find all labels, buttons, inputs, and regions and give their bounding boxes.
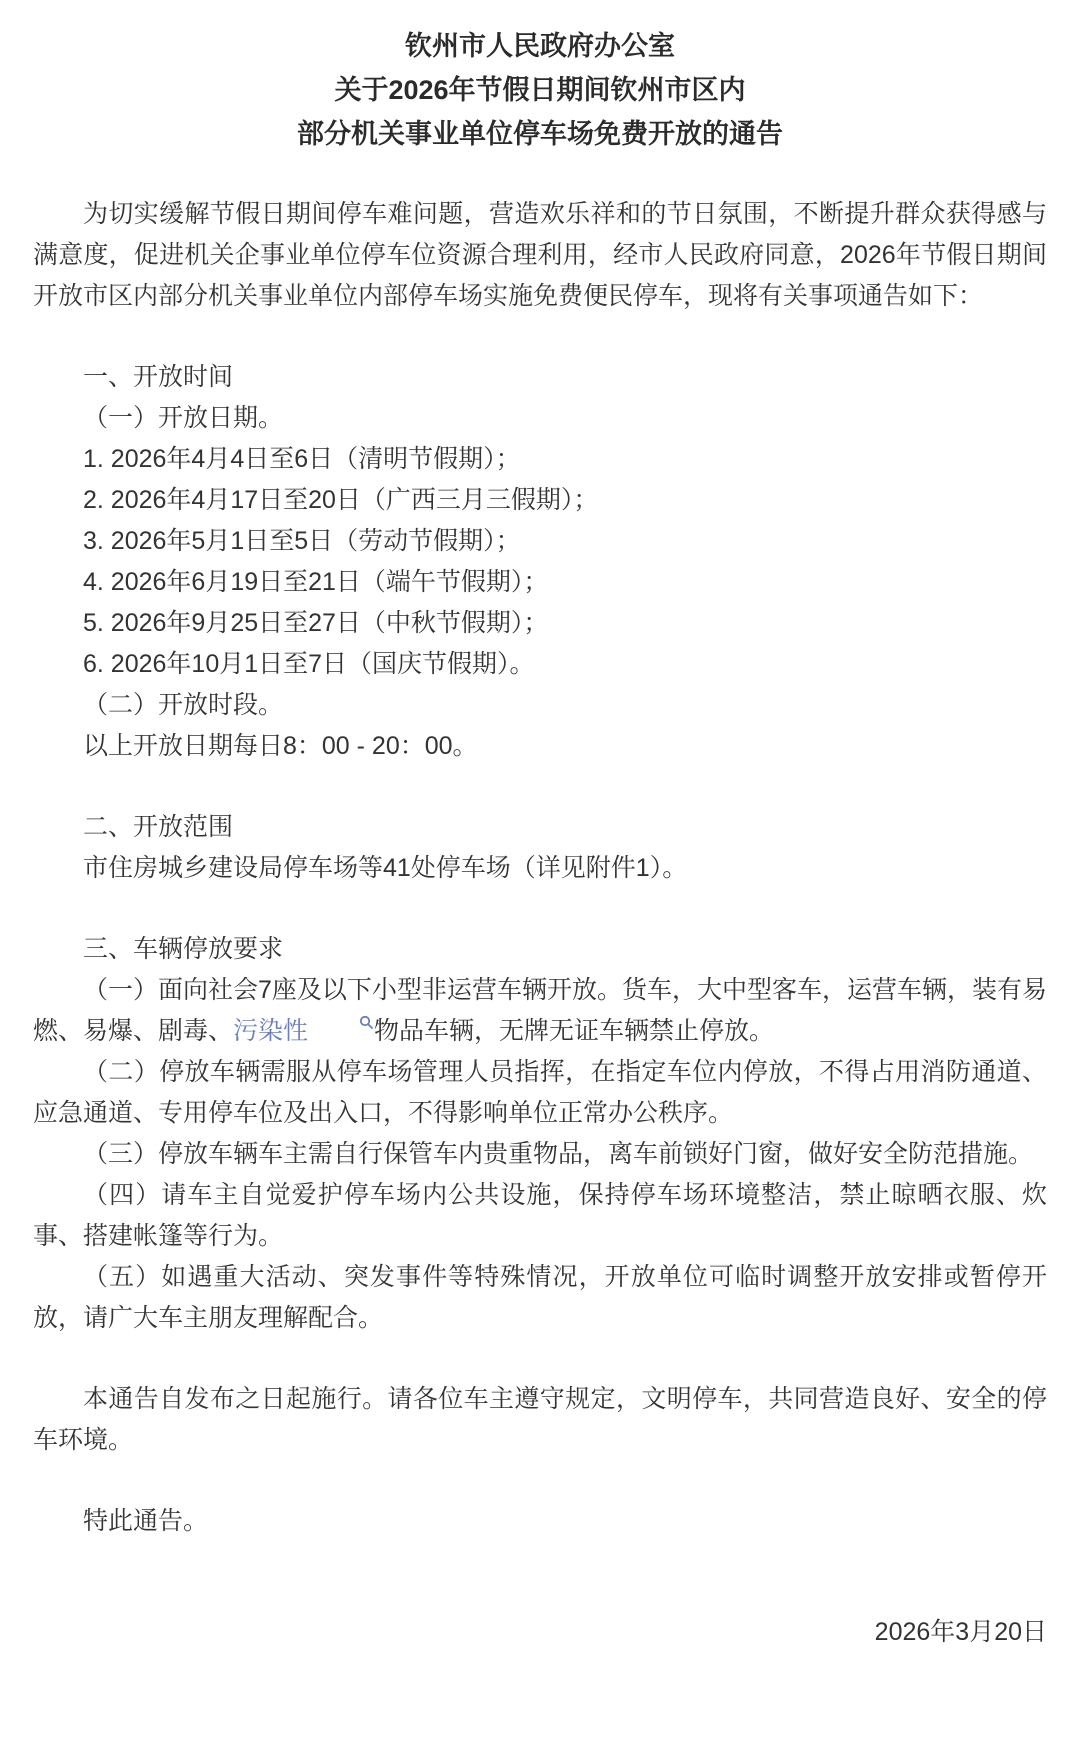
spacer xyxy=(33,1542,1047,1612)
section3-item-3: （三）停放车辆车主需自行保管车内贵重物品，离车前锁好门窗，做好安全防范措施。 xyxy=(33,1134,1047,1175)
section3-item-4: （四）请车主自觉爱护停车场内公共设施，保持停车场环境整洁，禁止晾晒衣服、炊事、搭… xyxy=(33,1175,1047,1257)
notice-title-line-1: 钦州市人民政府办公室 xyxy=(33,24,1047,68)
issue-date: 2026年3月20日 xyxy=(33,1612,1047,1653)
spacer xyxy=(33,1461,1047,1501)
holiday-date-item-3: 3. 2026年5月1日至5日（劳动节假期）； xyxy=(33,521,1047,562)
notice-title-line-2: 关于2026年节假日期间钦州市区内 xyxy=(33,68,1047,112)
spacer xyxy=(33,1339,1047,1379)
notice-document: 钦州市人民政府办公室 关于2026年节假日期间钦州市区内 部分机关事业单位停车场… xyxy=(0,0,1080,1748)
holiday-date-item-2: 2. 2026年4月17日至20日（广西三月三假期）； xyxy=(33,480,1047,521)
section2-heading: 二、开放范围 xyxy=(33,807,1047,848)
section1-sub2-heading: （二）开放时段。 xyxy=(33,685,1047,726)
entity-link-pollutant[interactable]: 污染性 xyxy=(233,1017,374,1045)
section3-item-1: （一）面向社会7座及以下小型非运营车辆开放。货车，大中型客车，运营车辆，装有易燃… xyxy=(33,970,1047,1052)
holiday-date-item-1: 1. 2026年4月4日至6日（清明节假期）； xyxy=(33,439,1047,480)
section1-sub2-text: 以上开放日期每日8：00 - 20：00。 xyxy=(33,726,1047,767)
spacer xyxy=(33,317,1047,357)
section2-text: 市住房城乡建设局停车场等41处停车场（详见附件1）。 xyxy=(33,848,1047,889)
spacer xyxy=(33,889,1047,929)
section1-sub1-heading: （一）开放日期。 xyxy=(33,398,1047,439)
section3-heading: 三、车辆停放要求 xyxy=(33,929,1047,970)
holiday-date-item-4: 4. 2026年6月19日至21日（端午节假期）； xyxy=(33,562,1047,603)
holiday-date-item-5: 5. 2026年9月25日至27日（中秋节假期）； xyxy=(33,603,1047,644)
spacer xyxy=(33,156,1047,194)
spacer xyxy=(33,767,1047,807)
search-icon xyxy=(309,1015,374,1030)
intro-paragraph: 为切实缓解节假日期间停车难问题，营造欢乐祥和的节日氛围，不断提升群众获得感与满意… xyxy=(33,194,1047,317)
notice-title-line-3: 部分机关事业单位停车场免费开放的通告 xyxy=(33,112,1047,156)
closing-salute: 特此通告。 xyxy=(33,1501,1047,1542)
section3-item-5: （五）如遇重大活动、突发事件等特殊情况，开放单位可临时调整开放安排或暂停开放，请… xyxy=(33,1257,1047,1339)
entity-link-text: 污染性 xyxy=(233,1017,308,1045)
section1-heading: 一、开放时间 xyxy=(33,357,1047,398)
closing-paragraph: 本通告自发布之日起施行。请各位车主遵守规定，文明停车，共同营造良好、安全的停车环… xyxy=(33,1379,1047,1461)
holiday-date-item-6: 6. 2026年10月1日至7日（国庆节假期）。 xyxy=(33,644,1047,685)
section3-item-2: （二）停放车辆需服从停车场管理人员指挥，在指定车位内停放，不得占用消防通道、应急… xyxy=(33,1052,1047,1134)
section3-item-1-text-after: 物品车辆，无牌无证车辆禁止停放。 xyxy=(374,1017,774,1045)
